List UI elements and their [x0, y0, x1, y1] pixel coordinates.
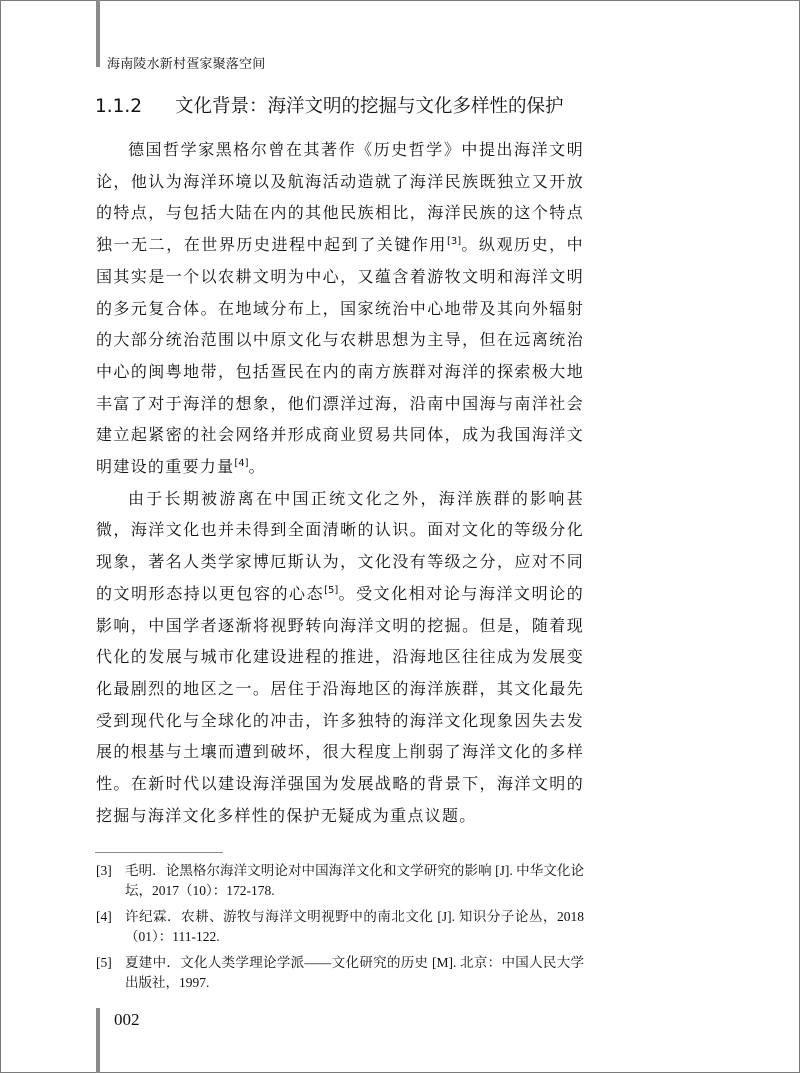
- footnote-mark: [3]: [96, 861, 125, 901]
- footnote-text: 许纪霖．农耕、游牧与海洋文明视野中的南北文化 [J]. 知识分子论丛，2018（…: [125, 907, 584, 947]
- section-heading: 1.1.2文化背景：海洋文明的挖掘与文化多样性的保护: [95, 92, 564, 118]
- running-head: 海南陵水新村疍家聚落空间: [107, 53, 265, 72]
- footnote-separator: [95, 852, 223, 853]
- footnote-mark: [4]: [96, 907, 125, 947]
- page-number: 002: [114, 1010, 140, 1030]
- footnote: [3] 毛明．论黑格尔海洋文明论对中国海洋文化和文学研究的影响 [J]. 中华文…: [96, 861, 584, 901]
- paragraph-1: 德国哲学家黑格尔曾在其著作《历史哲学》中提出海洋文明论，他认为海洋环境以及航海活…: [96, 134, 584, 483]
- footnotes: [3] 毛明．论黑格尔海洋文明论对中国海洋文化和文学研究的影响 [J]. 中华文…: [96, 861, 584, 999]
- footnote-text: 夏建中．文化人类学理论学派——文化研究的历史 [M]. 北京：中国人民大学出版社…: [125, 953, 584, 993]
- footnote: [5] 夏建中．文化人类学理论学派——文化研究的历史 [M]. 北京：中国人民大…: [96, 953, 584, 993]
- text-run: 。纵观历史，中国其实是一个以农耕文明为中心，又蕴含着游牧文明和海洋文明的多元复合…: [96, 235, 584, 476]
- footer-accent-bar: [96, 1008, 100, 1073]
- footnote-mark: [5]: [96, 953, 125, 993]
- header-accent-bar: [96, 0, 100, 67]
- citation-ref[interactable]: [5]: [324, 585, 338, 596]
- body-text: 德国哲学家黑格尔曾在其著作《历史哲学》中提出海洋文明论，他认为海洋环境以及航海活…: [96, 134, 584, 831]
- section-title: 文化背景：海洋文明的挖掘与文化多样性的保护: [175, 96, 564, 117]
- text-run: 。受文化相对论与海洋文明论的影响，中国学者逐渐将视野转向海洋文明的挖掘。但是，随…: [96, 584, 584, 825]
- paragraph-2: 由于长期被游离在中国正统文化之外，海洋族群的影响甚微，海洋文化也并未得到全面清晰…: [96, 483, 584, 832]
- footnote-text: 毛明．论黑格尔海洋文明论对中国海洋文化和文学研究的影响 [J]. 中华文化论坛，…: [125, 861, 584, 901]
- citation-ref[interactable]: [4]: [234, 458, 248, 469]
- footnote: [4] 许纪霖．农耕、游牧与海洋文明视野中的南北文化 [J]. 知识分子论丛，2…: [96, 907, 584, 947]
- text-run: 。: [249, 457, 266, 476]
- section-number: 1.1.2: [95, 96, 175, 117]
- citation-ref[interactable]: [3]: [447, 236, 461, 247]
